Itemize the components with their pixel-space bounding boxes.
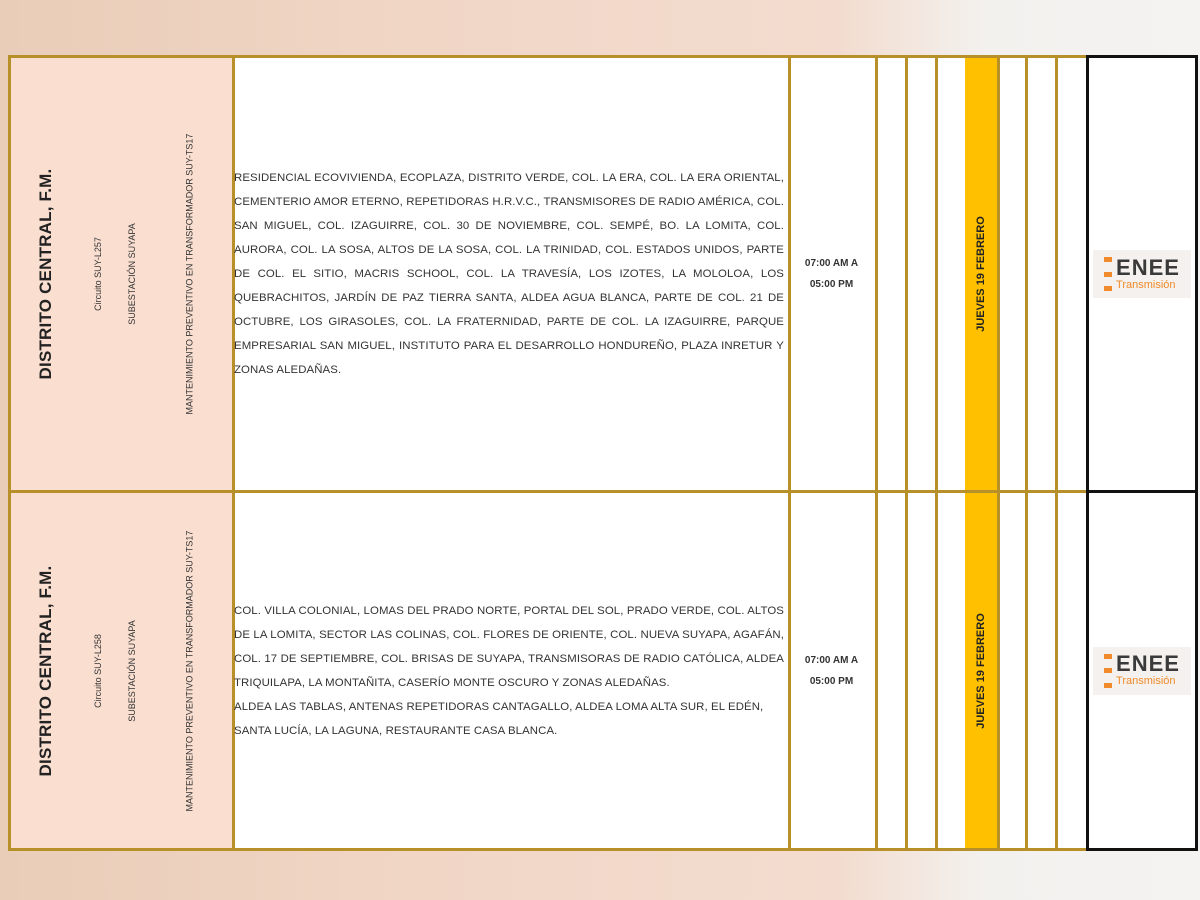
enee-logo: ENEE Transmisión (1093, 250, 1191, 298)
substation-label: SUBESTACIÓN SUYAPA (127, 223, 137, 325)
time-cell: 07:00 AM A 05:00 PM (788, 493, 878, 851)
substation-cell: SUBESTACIÓN SUYAPA (116, 55, 151, 493)
work-description: MANTENIMIENTO PREVENTIVO EN TRANSFORMADO… (184, 521, 197, 821)
logo-cell: ENEE Transmisión (1086, 55, 1198, 493)
date-cell: JUEVES 19 FEBRERO (965, 55, 1000, 493)
substation-label: SUBESTACIÓN SUYAPA (127, 620, 137, 722)
areas-paragraph: RESIDENCIAL ECOVIVIENDA, ECOPLAZA, DISTR… (234, 166, 784, 382)
time-range: 07:00 AM A 05:00 PM (788, 253, 875, 295)
logo-cell: ENEE Transmisión (1086, 493, 1198, 851)
areas-paragraph: COL. VILLA COLONIAL, LOMAS DEL PRADO NOR… (234, 599, 784, 695)
district-cell: DISTRITO CENTRAL, F.M. (8, 493, 83, 851)
circuit-cell: Circuito SUY-L257 (80, 55, 119, 493)
time-end: 05:00 PM (788, 274, 875, 295)
time-start: 07:00 AM A (788, 650, 875, 671)
empty-cell (905, 55, 938, 493)
work-description: MANTENIMIENTO PREVENTIVO EN TRANSFORMADO… (184, 74, 197, 474)
logo-main-text: ENEE (1116, 653, 1180, 675)
empty-cell (875, 55, 908, 493)
work-cell: MANTENIMIENTO PREVENTIVO EN TRANSFORMADO… (148, 493, 235, 851)
work-cell: MANTENIMIENTO PREVENTIVO EN TRANSFORMADO… (148, 55, 235, 493)
empty-cell (997, 55, 1028, 493)
enee-mark-icon (1104, 654, 1112, 688)
empty-cell (935, 493, 968, 851)
logo-main-text: ENEE (1116, 257, 1180, 279)
affected-areas: COL. VILLA COLONIAL, LOMAS DEL PRADO NOR… (234, 599, 784, 743)
areas-cell: RESIDENCIAL ECOVIVIENDA, ECOPLAZA, DISTR… (232, 55, 791, 493)
empty-cell (875, 493, 908, 851)
date-label: JUEVES 19 FEBRERO (975, 613, 987, 729)
date-label: JUEVES 19 FEBRERO (975, 216, 987, 332)
enee-mark-icon (1104, 257, 1112, 291)
district-cell: DISTRITO CENTRAL, F.M. (8, 55, 83, 493)
time-cell: 07:00 AM A 05:00 PM (788, 55, 878, 493)
empty-cell (905, 493, 938, 851)
logo-sub-text: Transmisión (1116, 279, 1180, 292)
enee-logo: ENEE Transmisión (1093, 647, 1191, 695)
district-name: DISTRITO CENTRAL, F.M. (36, 565, 56, 776)
circuit-label: Circuito SUY-L258 (93, 634, 103, 708)
time-range: 07:00 AM A 05:00 PM (788, 650, 875, 692)
empty-cell (1025, 493, 1058, 851)
time-end: 05:00 PM (788, 671, 875, 692)
date-cell: JUEVES 19 FEBRERO (965, 493, 1000, 851)
time-start: 07:00 AM A (788, 253, 875, 274)
empty-cell (935, 55, 968, 493)
circuit-label: Circuito SUY-L257 (93, 237, 103, 311)
areas-cell: COL. VILLA COLONIAL, LOMAS DEL PRADO NOR… (232, 493, 791, 851)
table-row: DISTRITO CENTRAL, F.M. Circuito SUY-L258… (8, 493, 1198, 851)
circuit-cell: Circuito SUY-L258 (80, 493, 119, 851)
empty-cell (997, 493, 1028, 851)
areas-paragraph: ALDEA LAS TABLAS, ANTENAS REPETIDORAS CA… (234, 695, 784, 743)
substation-cell: SUBESTACIÓN SUYAPA (116, 493, 151, 851)
affected-areas: RESIDENCIAL ECOVIVIENDA, ECOPLAZA, DISTR… (234, 166, 784, 382)
empty-cell (1055, 55, 1089, 493)
district-name: DISTRITO CENTRAL, F.M. (36, 169, 56, 380)
table-row: DISTRITO CENTRAL, F.M. Circuito SUY-L257… (8, 55, 1198, 493)
logo-sub-text: Transmisión (1116, 675, 1180, 688)
outage-schedule-table: DISTRITO CENTRAL, F.M. Circuito SUY-L257… (8, 55, 1198, 851)
empty-cell (1055, 493, 1089, 851)
empty-cell (1025, 55, 1058, 493)
